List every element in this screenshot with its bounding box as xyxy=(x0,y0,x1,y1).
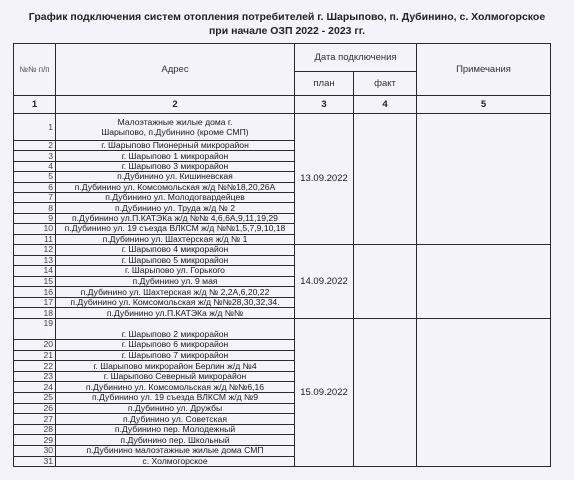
row-number: 7 xyxy=(14,192,56,202)
row-address: п.Дубинино ул. Молодогвардейцев xyxy=(56,192,295,202)
row-address: п.Дубинино ул. 19 съезда ВЛКСМ ж/д №9 xyxy=(56,393,295,404)
row-number: 31 xyxy=(14,456,56,467)
row-number: 1 xyxy=(14,114,56,141)
connection-schedule-table: №№ п/п Адрес Дата подключения Примечания… xyxy=(13,43,551,467)
plan-date: 13.09.2022 xyxy=(295,114,354,245)
row-address: п.Дубинино ул. Советская xyxy=(56,414,295,425)
row-number: 25 xyxy=(14,393,56,404)
row-number: 6 xyxy=(14,182,56,192)
row-address: п.Дубинино ул. Кишиневская xyxy=(56,172,295,182)
row-address: п.Дубинино ул. Шахтерская ж/д № 2,2А,6,2… xyxy=(56,287,295,298)
row-address: г. Шарыпово микрорайон Берлин ж/д №4 xyxy=(56,361,295,372)
header-number: №№ п/п xyxy=(14,44,56,96)
row-number: 16 xyxy=(14,287,56,298)
row-number: 5 xyxy=(14,172,56,182)
row-address: п.Дубинино ул. 9 мая xyxy=(56,276,295,287)
row-address: п.Дубинино пер. Молодежный xyxy=(56,424,295,435)
row-number: 14 xyxy=(14,266,56,277)
table-row: 19г. Шарыпово 2 микрорайон15.09.2022 xyxy=(14,319,551,340)
column-number-2: 2 xyxy=(56,96,295,114)
row-number: 9 xyxy=(14,213,56,223)
row-address: г. Шарыпово 6 микрорайон xyxy=(56,340,295,351)
row-address: п.Дубинино ул.П.КАТЭКа ж/д №№ xyxy=(56,308,295,319)
header-address: Адрес xyxy=(56,44,295,96)
row-address: п.Дубинино ул. Труда ж/д № 2 xyxy=(56,203,295,213)
row-address: п.Дубинино ул. Комсомольская ж/д №№6,16 xyxy=(56,382,295,393)
column-number-5: 5 xyxy=(417,96,551,114)
row-address: г. Шарыпово 1 микрорайон xyxy=(56,151,295,161)
fact-date xyxy=(354,244,417,318)
row-address: г. Шарыпово 3 микрорайон xyxy=(56,161,295,171)
row-number: 20 xyxy=(14,340,56,351)
title-line-1: График подключения систем отопления потр… xyxy=(0,10,574,24)
row-address: п.Дубинино ул. Комсомольская ж/д №№18,20… xyxy=(56,182,295,192)
row-number: 15 xyxy=(14,276,56,287)
row-address: п.Дубинино ул. Комсомольская ж/д №№28,30… xyxy=(56,297,295,308)
row-address: с. Холмогорское xyxy=(56,456,295,467)
row-number: 29 xyxy=(14,435,56,446)
row-number: 2 xyxy=(14,141,56,151)
row-number: 12 xyxy=(14,244,56,255)
row-address: г. Шарыпово 4 микрорайон xyxy=(56,244,295,255)
column-number-1: 1 xyxy=(14,96,56,114)
row-address: п.Дубинино малоэтажные жилые дома СМП xyxy=(56,446,295,457)
row-number: 11 xyxy=(14,234,56,244)
fact-date xyxy=(354,319,417,467)
notes-cell xyxy=(417,244,551,318)
row-number: 28 xyxy=(14,424,56,435)
row-number: 13 xyxy=(14,255,56,266)
row-number: 21 xyxy=(14,350,56,361)
row-address: г. Шарыпово Северный микрорайон xyxy=(56,371,295,382)
row-address: п.Дубинино ул. Шахтерская ж/д № 1 xyxy=(56,234,295,244)
plan-date: 15.09.2022 xyxy=(295,319,354,467)
row-address: г. Шарыпово 2 микрорайон xyxy=(56,319,295,340)
row-number: 24 xyxy=(14,382,56,393)
title-line-2: при начале ОЗП 2022 - 2023 гг. xyxy=(0,24,574,38)
row-address: г. Шарыпово Пионерный микрорайон xyxy=(56,141,295,151)
column-number-3: 3 xyxy=(295,96,354,114)
row-number: 27 xyxy=(14,414,56,425)
row-address: г. Шарыпово ул. Горького xyxy=(56,266,295,277)
table-row: 12г. Шарыпово 4 микрорайон14.09.2022 xyxy=(14,244,551,255)
row-number: 10 xyxy=(14,224,56,234)
header-fact: факт xyxy=(354,72,417,96)
row-number: 17 xyxy=(14,297,56,308)
column-number-4: 4 xyxy=(354,96,417,114)
row-address: п.Дубинино ул. Дружбы xyxy=(56,403,295,414)
table-row: 1Малоэтажные жилые дома г. Шарыпово, п.Д… xyxy=(14,114,551,141)
row-address: п.Дубинино пер. Школьный xyxy=(56,435,295,446)
row-address: Малоэтажные жилые дома г. Шарыпово, п.Ду… xyxy=(56,114,295,141)
row-number: 30 xyxy=(14,446,56,457)
plan-date: 14.09.2022 xyxy=(295,244,354,318)
row-number: 18 xyxy=(14,308,56,319)
row-address: п.Дубинино ул.П.КАТЭКа ж/д №№ 4,6,6А,9,1… xyxy=(56,213,295,223)
row-address: г. Шарыпово 5 микрорайон xyxy=(56,255,295,266)
header-plan: план xyxy=(295,72,354,96)
notes-cell xyxy=(417,114,551,245)
row-number: 3 xyxy=(14,151,56,161)
document-title: График подключения систем отопления потр… xyxy=(0,10,574,38)
row-number: 4 xyxy=(14,161,56,171)
row-number: 19 xyxy=(14,319,56,340)
row-number: 22 xyxy=(14,361,56,372)
row-number: 26 xyxy=(14,403,56,414)
row-address: п.Дубинино ул. 19 съезда ВЛКСМ ж/д №№1,5… xyxy=(56,224,295,234)
header-connection-date: Дата подключения xyxy=(295,44,417,72)
header-notes: Примечания xyxy=(417,44,551,96)
row-address: г. Шарыпово 7 микрорайон xyxy=(56,350,295,361)
row-number: 23 xyxy=(14,371,56,382)
row-number: 8 xyxy=(14,203,56,213)
fact-date xyxy=(354,114,417,245)
notes-cell xyxy=(417,319,551,467)
